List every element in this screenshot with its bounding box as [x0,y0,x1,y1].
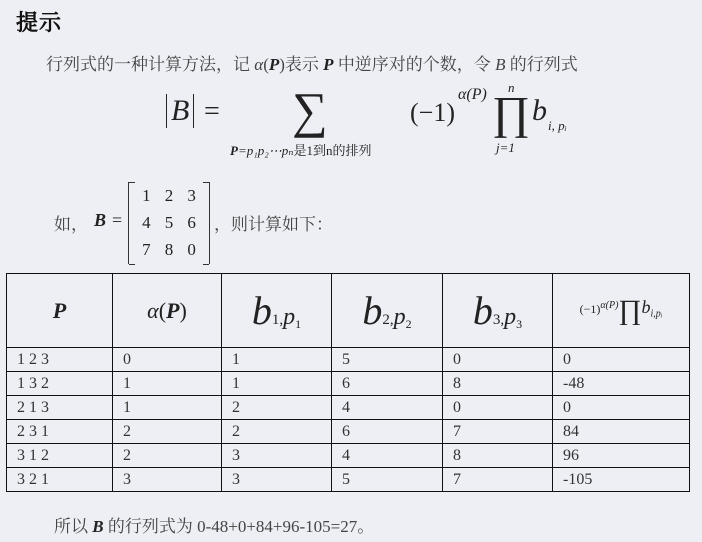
cell-product: -48 [553,372,690,396]
equals-sign: = [204,96,220,128]
sum-sub-expr: =p₁p₂⋯pₙ [238,143,294,158]
cell-b3: 7 [443,420,553,444]
matrix-cell: 3 [187,182,196,209]
cell-b3: 0 [443,348,553,372]
cell-b3: 0 [443,396,553,420]
b-symbol: b [362,288,382,333]
cell-alpha: 1 [113,396,222,420]
cell-b1: 1 [222,348,332,372]
cell-p: 3 1 2 [7,444,113,468]
b-variable: B [495,55,505,74]
product-term-subscript: i,pᵢ [650,308,662,319]
conclusion-suffix: 的行列式为 0-48+0+84+96-105=27。 [104,517,375,536]
cell-p: 3 2 1 [7,468,113,492]
cell-b1: 3 [222,444,332,468]
b-symbol: b [473,288,493,333]
cell-alpha: 1 [113,372,222,396]
intro-text-1: 行列式的一种计算方法，记 [46,55,254,74]
p-variable: P [269,55,279,74]
intro-paragraph: 行列式的一种计算方法，记 α(P)表示 P 中逆序对的个数，令 B 的行列式 [46,50,578,75]
equals-sign: = [112,210,122,231]
p-index: 3 [516,317,522,331]
cell-product: 0 [553,396,690,420]
cell-b1: 2 [222,420,332,444]
header-alpha: α(P) [113,274,222,348]
header-p: P [7,274,113,348]
cell-b2: 6 [332,420,443,444]
intro-text-4: 的行列式 [505,55,577,74]
b-symbol: b [252,288,272,333]
cell-p: 2 1 3 [7,396,113,420]
matrix-row: 4 5 6 [129,209,209,236]
cell-alpha: 0 [113,348,222,372]
b-row-index: 1, [272,312,283,328]
alpha-symbol: α [254,55,263,74]
cell-product: -105 [553,468,690,492]
sigma-symbol: ∑ [292,80,328,140]
cell-p: 1 2 3 [7,348,113,372]
cell-b2: 4 [332,444,443,468]
cell-b3: 8 [443,444,553,468]
cell-b2: 6 [332,372,443,396]
matrix-cell: 1 [142,182,151,209]
matrix-cell: 8 [165,236,174,263]
cell-b2: 5 [332,348,443,372]
matrix-name: B [94,210,106,231]
header-p-label: P [53,298,66,323]
matrix-cell: 7 [142,236,151,263]
product-lower: j=1 [496,140,515,156]
product-term-subscript: i, pᵢ [548,118,567,134]
table-row: 3 1 2 2 3 4 8 96 [7,444,690,468]
product-symbol: ∏ [618,295,641,326]
p-symbol: p [504,304,516,330]
determinant-lhs: B [166,94,194,128]
table-row: 1 3 2 1 1 6 8 -48 [7,372,690,396]
sign-exponent: α(P) [600,300,618,311]
header-b3: b3,p3 [443,274,553,348]
p-variable: P [323,55,333,74]
matrix-b: 1 2 3 4 5 6 7 8 0 [128,182,210,264]
table-header-row: P α(P) b1,p1 b2,p2 b3,p3 (−1)α(P)∏bi,pᵢ [7,274,690,348]
table-row: 1 2 3 0 1 5 0 0 [7,348,690,372]
sign-base: (−1) [410,98,455,128]
cell-b1: 1 [222,372,332,396]
matrix-cell: 0 [187,236,196,263]
cell-product: 0 [553,348,690,372]
matrix-cell: 4 [142,209,151,236]
cell-product: 96 [553,444,690,468]
cell-alpha: 2 [113,444,222,468]
cell-b2: 4 [332,396,443,420]
matrix-cell: 2 [165,182,174,209]
header-b1: b1,p1 [222,274,332,348]
p-symbol: p [394,304,406,330]
cell-b2: 5 [332,468,443,492]
example-suffix: ，则计算如下： [214,210,333,235]
p-index: 1 [295,317,301,331]
cell-alpha: 3 [113,468,222,492]
cell-b1: 2 [222,396,332,420]
product-upper: n [508,80,515,96]
conclusion-prefix: 所以 [54,517,92,536]
matrix-cell: 5 [165,209,174,236]
permutation-table: P α(P) b1,p1 b2,p2 b3,p3 (−1)α(P)∏bi,pᵢ … [6,273,690,492]
example-matrix-block: 如， B = 1 2 3 4 5 6 7 8 0 ，则计算如下： [54,180,374,266]
matrix-row: 7 8 0 [129,236,209,263]
cell-b3: 7 [443,468,553,492]
p-variable: P [166,298,179,323]
sum-subscript: P=p₁p₂⋯pₙ是1到n的排列 [230,140,372,159]
cell-b1: 3 [222,468,332,492]
sign-exponent: α(P) [458,86,487,104]
alpha-symbol: α [147,298,159,323]
header-b2: b2,p2 [332,274,443,348]
b-row-index: 3, [493,312,504,328]
header-product: (−1)α(P)∏bi,pᵢ [553,274,690,348]
table-row: 2 1 3 1 2 4 0 0 [7,396,690,420]
conclusion-paragraph: 所以 B 的行列式为 0-48+0+84+96-105=27。 [54,512,374,537]
cell-alpha: 2 [113,420,222,444]
matrix-cell: 6 [187,209,196,236]
sum-sub-p: P [230,143,238,158]
determinant-formula: B = ∑ P=p₁p₂⋯pₙ是1到n的排列 (−1) α(P) ∏ n j=1… [160,82,600,164]
sum-sub-text: 是1到n的排列 [294,143,372,158]
page-title: 提示 [16,6,62,37]
table-row: 3 2 1 3 3 5 7 -105 [7,468,690,492]
intro-text-2: 表示 [285,55,323,74]
b-row-index: 2, [382,312,393,328]
sign-base: (−1) [580,302,601,316]
b-variable: B [92,517,103,536]
product-term: b [532,94,547,128]
example-prefix: 如， [54,210,88,235]
cell-product: 84 [553,420,690,444]
cell-p: 2 3 1 [7,420,113,444]
p-index: 2 [406,317,412,331]
cell-p: 1 3 2 [7,372,113,396]
intro-text-3: 中逆序对的个数，令 [334,55,496,74]
matrix-row: 1 2 3 [129,182,209,209]
p-symbol: p [283,304,295,330]
cell-b3: 8 [443,372,553,396]
table-row: 2 3 1 2 2 6 7 84 [7,420,690,444]
